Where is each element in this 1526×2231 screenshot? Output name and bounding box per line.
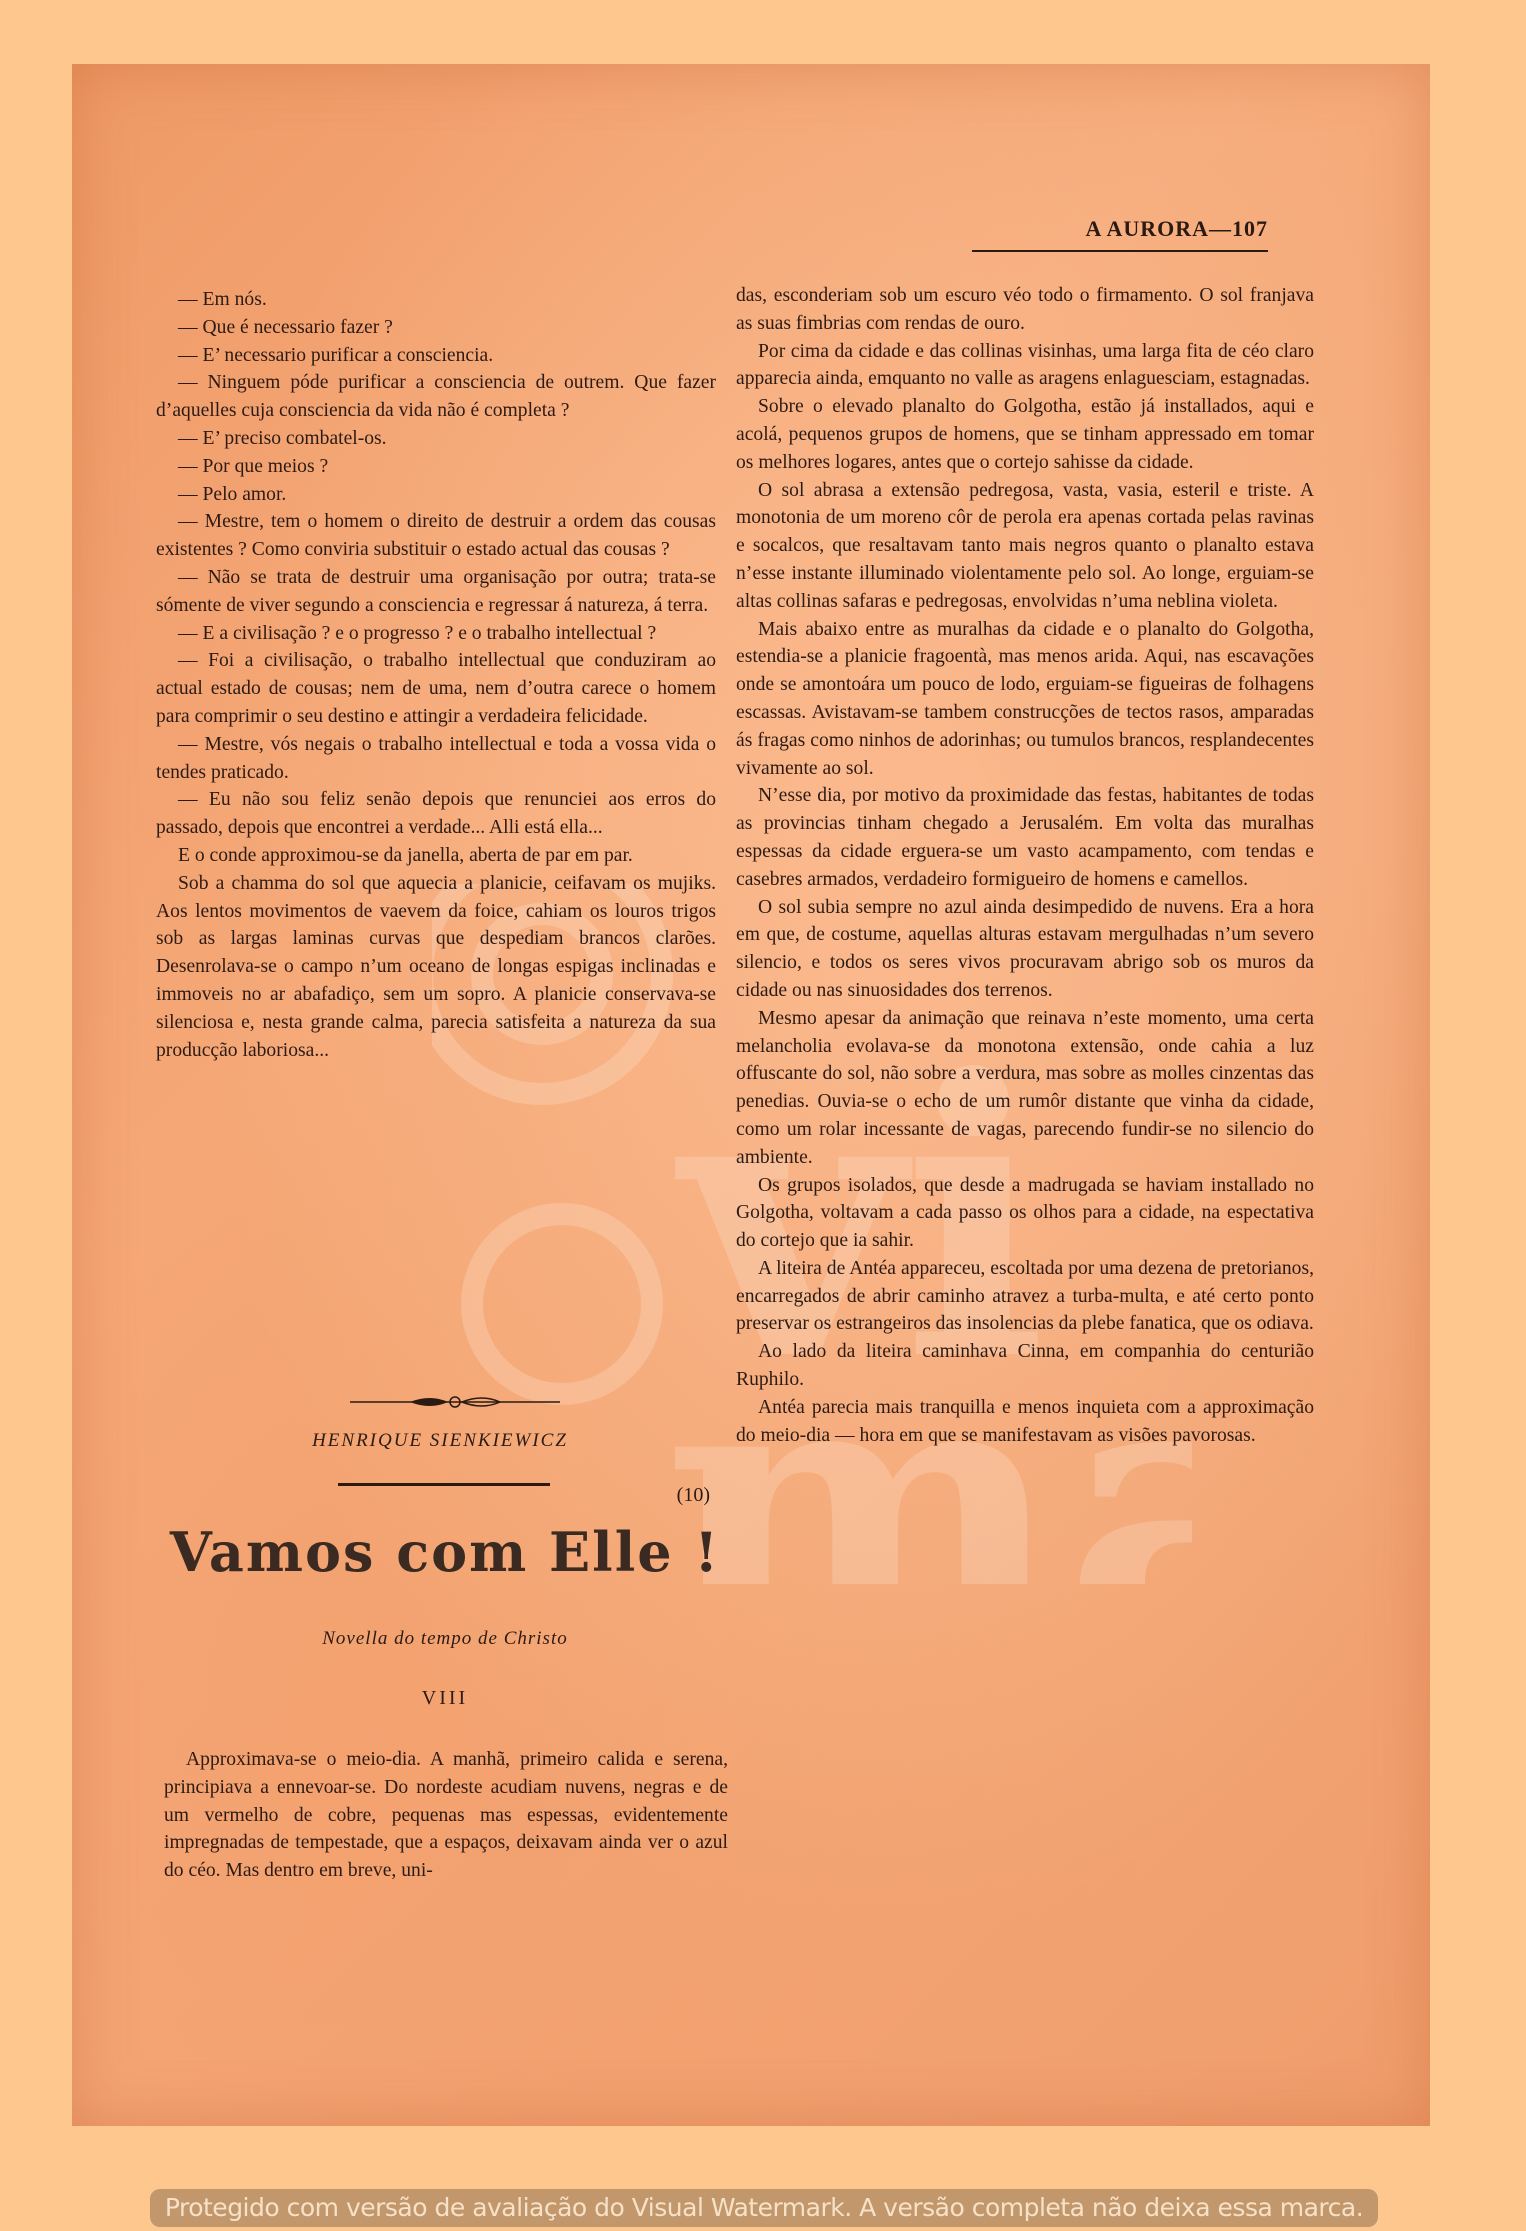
paragraph: — Em nós. bbox=[156, 286, 716, 314]
paragraph: — Mestre, tem o homem o direito de destr… bbox=[156, 508, 716, 564]
paragraph: — Não se trata de destruir uma organisaç… bbox=[156, 564, 716, 620]
right-column: das, esconderiam sob um escuro véo todo … bbox=[736, 282, 1314, 1449]
author-name: HENRIQUE SIENKIEWICZ bbox=[160, 1430, 720, 1452]
paragraph: Sobre o elevado planalto do Golgotha, es… bbox=[736, 393, 1314, 476]
paragraph: — Mestre, vós negais o trabalho intellec… bbox=[156, 731, 716, 787]
chapter-number: VIII bbox=[160, 1687, 730, 1710]
paragraph: Mais abaixo entre as muralhas da cidade … bbox=[736, 616, 1314, 783]
paragraph: — Ninguem póde purificar a consciencia d… bbox=[156, 369, 716, 425]
paragraph: Por cima da cidade e das collinas visinh… bbox=[736, 338, 1314, 394]
running-head: A AURORA—107 bbox=[968, 216, 1268, 242]
paragraph: Ao lado da liteira caminhava Cinna, em c… bbox=[736, 1338, 1314, 1394]
paragraph: A liteira de Antéa appareceu, escoltada … bbox=[736, 1255, 1314, 1338]
paragraph: E o conde approximou-se da janella, aber… bbox=[156, 842, 716, 870]
paragraph: O sol abrasa a extensão pedregosa, vasta… bbox=[736, 477, 1314, 616]
paragraph: — Que é necessario fazer ? bbox=[156, 314, 716, 342]
paragraph: Mesmo apesar da animação que reinava n’e… bbox=[736, 1005, 1314, 1172]
header-rule bbox=[972, 250, 1268, 252]
paragraph: — Eu não sou feliz senão depois que renu… bbox=[156, 786, 716, 842]
paragraph: Sob a chamma do sol que aquecia a planic… bbox=[156, 870, 716, 1065]
paragraph: Approximava-se o meio-dia. A manhã, prim… bbox=[164, 1746, 728, 1885]
paragraph: — Foi a civilisação, o trabalho intellec… bbox=[156, 647, 716, 730]
story-subtitle: Novella do tempo de Christo bbox=[160, 1628, 730, 1650]
ornament-divider-icon bbox=[350, 1390, 560, 1414]
paragraph: Antéa parecia mais tranquilla e menos in… bbox=[736, 1394, 1314, 1450]
left-column: — Em nós.— Que é necessario fazer ?— E’ … bbox=[156, 286, 716, 1064]
paragraph: — E’ preciso combatel-os. bbox=[156, 425, 716, 453]
story-title: Vamos com Elle ! bbox=[160, 1520, 730, 1584]
installment-number: (10) bbox=[620, 1484, 710, 1507]
paragraph: — Pelo amor. bbox=[156, 481, 716, 509]
author-rule bbox=[338, 1483, 550, 1486]
paragraph: — E’ necessario purificar a consciencia. bbox=[156, 342, 716, 370]
paragraph: Os grupos isolados, que desde a madrugad… bbox=[736, 1172, 1314, 1255]
paragraph: — Por que meios ? bbox=[156, 453, 716, 481]
paragraph: N’esse dia, por motivo da proximidade da… bbox=[736, 782, 1314, 893]
paragraph: — E a civilisação ? e o progresso ? e o … bbox=[156, 620, 716, 648]
left-column-story: Approximava-se o meio-dia. A manhã, prim… bbox=[164, 1746, 728, 1885]
paragraph: das, esconderiam sob um escuro véo todo … bbox=[736, 282, 1314, 338]
watermark-banner: Protegido com versão de avaliação do Vis… bbox=[150, 2189, 1378, 2227]
paragraph: O sol subia sempre no azul ainda desimpe… bbox=[736, 894, 1314, 1005]
